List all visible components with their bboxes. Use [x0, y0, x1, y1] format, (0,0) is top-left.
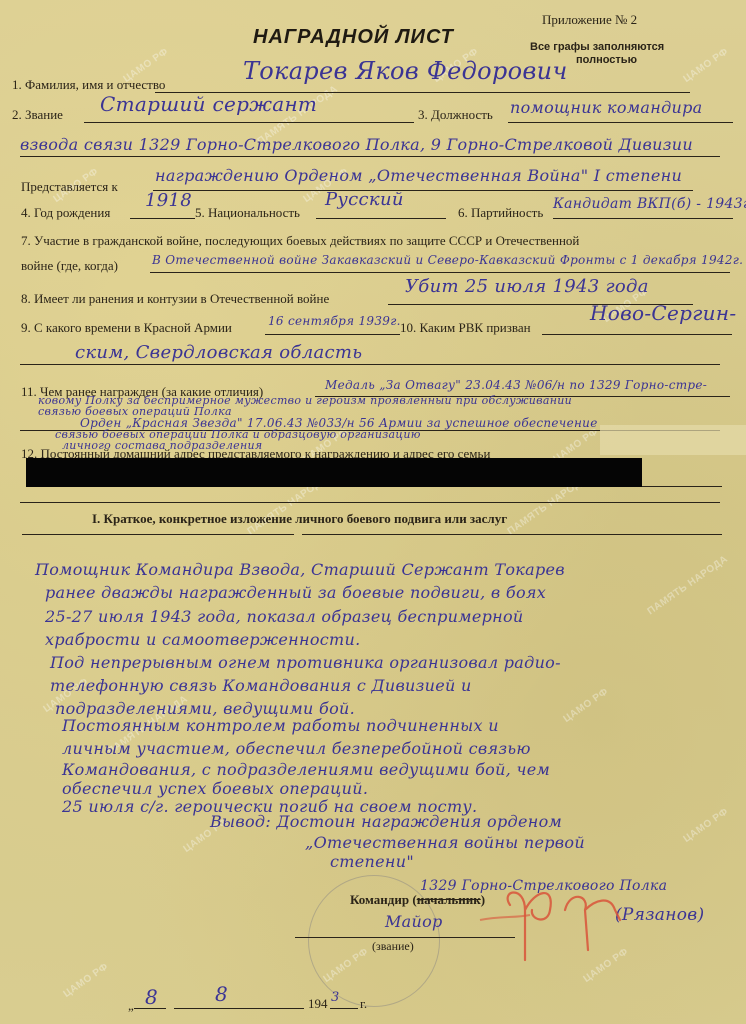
field-nationality-value: Русский [325, 189, 404, 210]
field-awards-value-1: Медаль „За Отвагу" 23.04.43 №06/н по 132… [325, 378, 707, 392]
date-quote-open: „ [128, 998, 134, 1014]
story-line: ранее дважды награжденный за боевые подв… [45, 583, 546, 602]
redacted-address [26, 458, 642, 487]
field-birth-year-value: 1918 [145, 190, 192, 211]
rank-caption: (звание) [372, 939, 414, 954]
field-wounds-value: Убит 25 июля 1943 года [405, 276, 649, 297]
date-year-unit: г. [360, 996, 367, 1012]
field-party-value: Кандидат ВКП(б) - 1943г. [553, 196, 746, 212]
paper-patch [600, 425, 746, 455]
story-line: телефонную связь Командования с Дивизией… [50, 676, 472, 695]
date-day: 8 [145, 985, 158, 1009]
commander-signature [470, 850, 650, 970]
appendix-label: Приложение № 2 [542, 12, 637, 28]
field-rvk-value-cont: ским, Свердловская область [75, 342, 362, 363]
field-name-label: 1. Фамилия, имя и отчество [12, 77, 165, 93]
field-army-since-value: 16 сентября 1939г. [268, 314, 401, 328]
commander-label: Командир (начальник) [350, 892, 485, 908]
story-line: Помощник Командира Взвода, Старший Сержа… [35, 560, 565, 579]
story-line: 25-27 июля 1943 года, показал образец бе… [45, 607, 524, 626]
field-army-since-label: 9. С какого времени в Красной Армии [21, 320, 232, 336]
field-birth-year-label: 4. Год рождения [21, 205, 110, 221]
field-name-value: Токарев Яков Федорович [243, 57, 568, 85]
story-line: храбрости и самоотверженности. [45, 630, 360, 649]
date-year-suffix: 3 [331, 990, 340, 1005]
field-wounds-label: 8. Имеет ли ранения и контузии в Отечест… [21, 291, 329, 307]
field-position-value-cont: взвода связи 1329 Горно-Стрелкового Полк… [20, 135, 693, 154]
story-line: личным участием, обеспечил безперебойной… [62, 739, 531, 758]
document-title: НАГРАДНОЙ ЛИСТ [253, 26, 454, 49]
field-party-label: 6. Партийность [458, 205, 543, 221]
presented-value: награждению Орденом „Отечественная Война… [155, 166, 682, 185]
conclusion-line: Вывод: Достоин награждения орденом [210, 812, 562, 831]
field-rank-label: 2. Звание [12, 107, 63, 123]
field-position-value: помощник командира [510, 98, 703, 117]
date-year-prefix: 194 [308, 996, 328, 1012]
story-line: Под непрерывным огнем противника организ… [50, 653, 561, 672]
story-line: Постоянным контролем работы подчиненных … [62, 716, 499, 735]
field-rank-value: Старший сержант [100, 92, 317, 116]
date-month: 8 [215, 982, 228, 1006]
section-heading: I. Краткое, конкретное изложение личного… [92, 511, 507, 527]
field-position-label: 3. Должность [418, 107, 493, 123]
field-rvk-label: 10. Каким РВК призван [400, 320, 531, 336]
field-participation-label-2: войне (где, когда) [21, 258, 118, 274]
notice-line-2: полностью [576, 54, 637, 66]
presented-label: Представляется к [21, 179, 118, 195]
watermark: ЦАМО РФ [62, 961, 111, 1000]
field-nationality-label: 5. Национальность [195, 205, 300, 221]
field-rvk-value: Ново-Сергин- [590, 301, 736, 325]
watermark: ЦАМО РФ [682, 806, 731, 845]
commander-text: Командир [350, 892, 409, 907]
field-participation-value: В Отечественной войне Закавказский и Сев… [152, 253, 743, 267]
watermark: ЦАМО РФ [682, 46, 731, 85]
story-line: Командования, с подразделениями ведущими… [62, 760, 550, 779]
watermark: ЦАМО РФ [562, 686, 611, 725]
commander-rank-value: Майор [385, 912, 443, 931]
story-line: обеспечил успех боевых операций. [62, 779, 368, 798]
conclusion-line: степени" [330, 852, 414, 871]
watermark: ПАМЯТЬ НАРОДА [645, 554, 730, 618]
notice-line-1: Все графы заполняются [530, 41, 664, 53]
field-participation-label-1: 7. Участие в гражданской войне, последую… [21, 233, 579, 249]
